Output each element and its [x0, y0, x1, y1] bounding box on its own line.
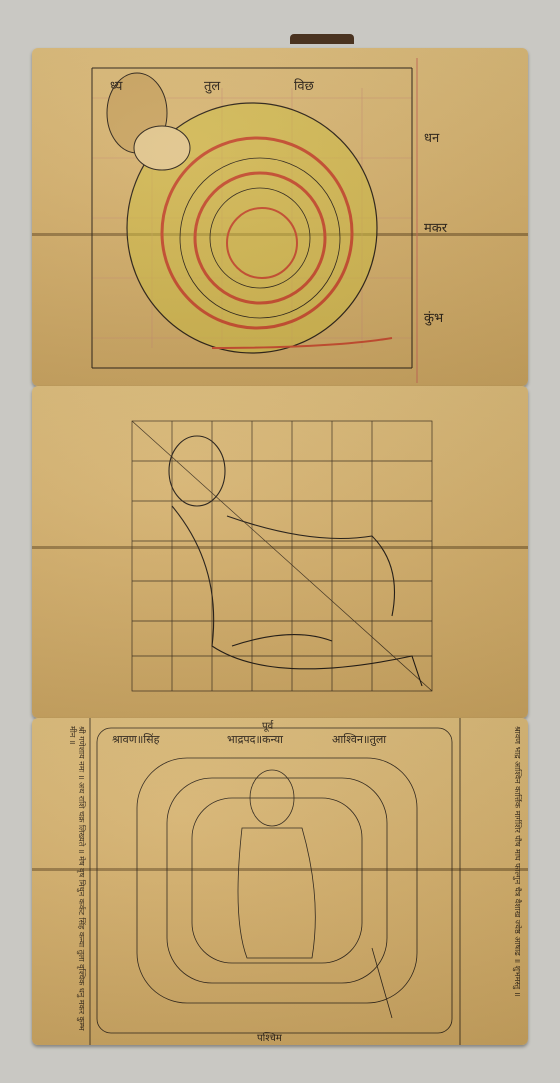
- serpent-figure-illustration: [32, 718, 528, 1045]
- label: विछ: [294, 76, 314, 94]
- label: पश्चिम: [257, 1030, 282, 1044]
- binding-tab: [290, 34, 354, 44]
- label: श्रावण॥सिंह: [112, 732, 159, 747]
- grid-sketch-illustration: [32, 386, 528, 718]
- middle-panel: [32, 386, 528, 718]
- manuscript: ध्य तुल विछ धन मकर कुंभ: [32, 40, 528, 1045]
- label: ध्य: [110, 76, 122, 94]
- label: धन: [424, 128, 439, 146]
- serpent-deity-illustration: [32, 48, 528, 386]
- script-column-right: श्रावण भाद्र आश्विन कार्त्तिक मार्गशिर प…: [464, 726, 522, 1036]
- label: तुल: [204, 76, 220, 94]
- script-column-left: श्री गणेशाय नमः ॥ अथ राशि चक्र लिख्यते ॥…: [42, 726, 86, 1036]
- label: भाद्रपद॥कन्या: [227, 732, 283, 747]
- bottom-panel: श्रावण॥सिंह भाद्रपद॥कन्या आश्विन॥तुला पू…: [32, 718, 528, 1045]
- label: कुंभ: [424, 308, 443, 326]
- label: आश्विन॥तुला: [332, 732, 386, 747]
- top-panel: ध्य तुल विछ धन मकर कुंभ: [32, 48, 528, 386]
- label: पूर्व: [262, 718, 273, 732]
- label: मकर: [424, 218, 447, 236]
